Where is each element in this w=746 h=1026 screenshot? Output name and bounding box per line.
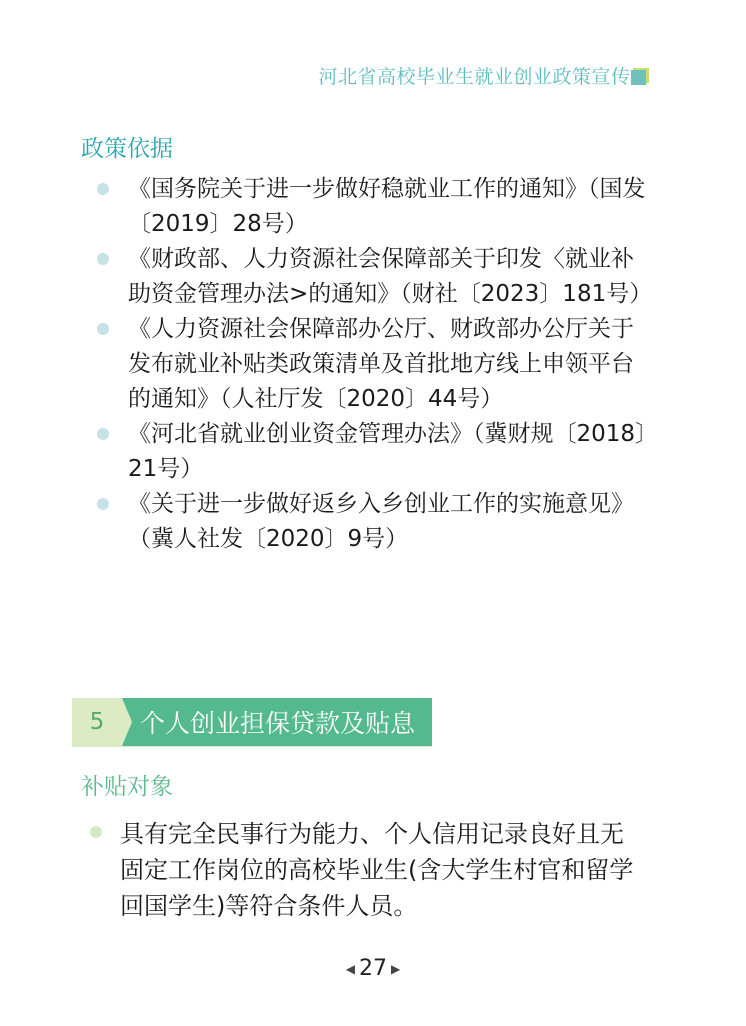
prev-page-icon[interactable]: ◀ [346,962,355,976]
list-item: 《国务院关于进一步做好稳就业工作的通知》（国发〔2019〕28号） [0,172,648,242]
list-item: 《河北省就业创业资金管理办法》（冀财规〔2018〕21号） [0,417,648,487]
list-item-text: 《关于进一步做好返乡入乡创业工作的实施意见》（冀人社发〔2020〕9号） [128,491,634,552]
policy-basis-heading: 政策依据 [81,130,173,163]
bullet-icon [90,826,102,838]
chevron-right-icon [122,698,132,746]
page-navigation: ◀ 27 ▶ [0,956,746,981]
section-number-badge: 5 [72,698,122,746]
list-item: 《关于进一步做好返乡入乡创业工作的实施意见》（冀人社发〔2020〕9号） [0,487,648,557]
square-front [631,70,646,85]
header-decoration-square-icon [631,70,647,86]
section-number: 5 [90,709,105,735]
list-item-text: 《河北省就业创业资金管理办法》（冀财规〔2018〕21号） [128,421,647,482]
list-item-text: 《国务院关于进一步做好稳就业工作的通知》（国发〔2019〕28号） [128,176,646,237]
subsidy-target-heading: 补贴对象 [81,768,173,801]
list-item-text: 具有完全民事行为能力、个人信用记录良好且无固定工作岗位的高校毕业生(含大学生村官… [120,820,633,920]
subsidy-target-list: 具有完全民事行为能力、个人信用记录良好且无固定工作岗位的高校毕业生(含大学生村官… [0,816,640,924]
list-item-text: 《财政部、人力资源社会保障部关于印发〈就业补助资金管理办法>的通知》（财社〔20… [128,246,652,307]
running-header-title: 河北省高校毕业生就业创业政策宣传册 [318,62,650,89]
section-header-band: 5 个人创业担保贷款及贴息 [72,698,432,747]
next-page-icon[interactable]: ▶ [391,962,400,976]
bullet-icon [97,498,109,510]
bullet-icon [97,323,109,335]
policy-basis-list: 《国务院关于进一步做好稳就业工作的通知》（国发〔2019〕28号） 《财政部、人… [0,172,648,557]
bullet-icon [97,253,109,265]
list-item: 《财政部、人力资源社会保障部关于印发〈就业补助资金管理办法>的通知》（财社〔20… [0,242,648,312]
list-item: 具有完全民事行为能力、个人信用记录良好且无固定工作岗位的高校毕业生(含大学生村官… [0,816,640,924]
list-item: 《人力资源社会保障部办公厅、财政部办公厅关于发布就业补贴类政策清单及首批地方线上… [0,312,648,417]
list-item-text: 《人力资源社会保障部办公厅、财政部办公厅关于发布就业补贴类政策清单及首批地方线上… [128,316,634,412]
bullet-icon [97,183,109,195]
bullet-icon [97,428,109,440]
section-title: 个人创业担保贷款及贴息 [122,698,432,746]
page-number: 27 [359,956,387,981]
